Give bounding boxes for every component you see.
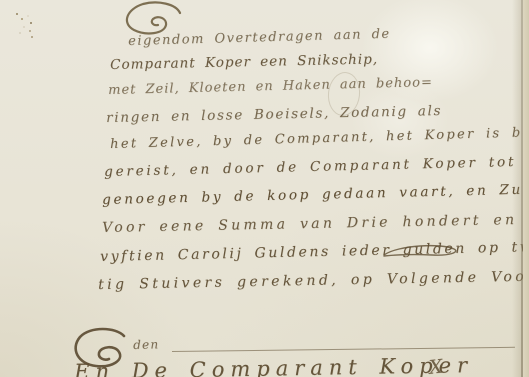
trailing-rule	[172, 347, 515, 352]
manuscript-line: genoegen by de koop gedaan vaart, en Zul…	[102, 181, 529, 208]
manuscript-bottom-mark: X	[428, 356, 444, 377]
manuscript-line: vyftien Carolij Guldens ieder gulden op …	[100, 238, 529, 265]
manuscript-line: met Zeil, Kloeten en Haken aan behoo=	[108, 75, 433, 98]
manuscript-line: Comparant Koper een Snikschip,	[110, 51, 378, 73]
manuscript-line: Voor eene Summa van Drie hondert en	[102, 212, 517, 236]
manuscript-line: het Zelve, by de Comparant, het Koper is…	[110, 124, 529, 152]
next-page-edge	[523, 0, 529, 377]
ink-specks	[16, 13, 18, 15]
page-fold-shadow	[512, 0, 521, 377]
manuscript-line: tig Stuivers gerekend, op Volgende Voorw…	[98, 268, 529, 293]
manuscript-line: den	[133, 337, 159, 352]
manuscript-page: eigendom Overtedragen aan de Comparant K…	[0, 0, 529, 377]
manuscript-line: ringen en losse Boeisels, Zodanig als	[106, 103, 442, 126]
manuscript-line: gereist, en door de Comparant Koper tot …	[104, 153, 529, 180]
